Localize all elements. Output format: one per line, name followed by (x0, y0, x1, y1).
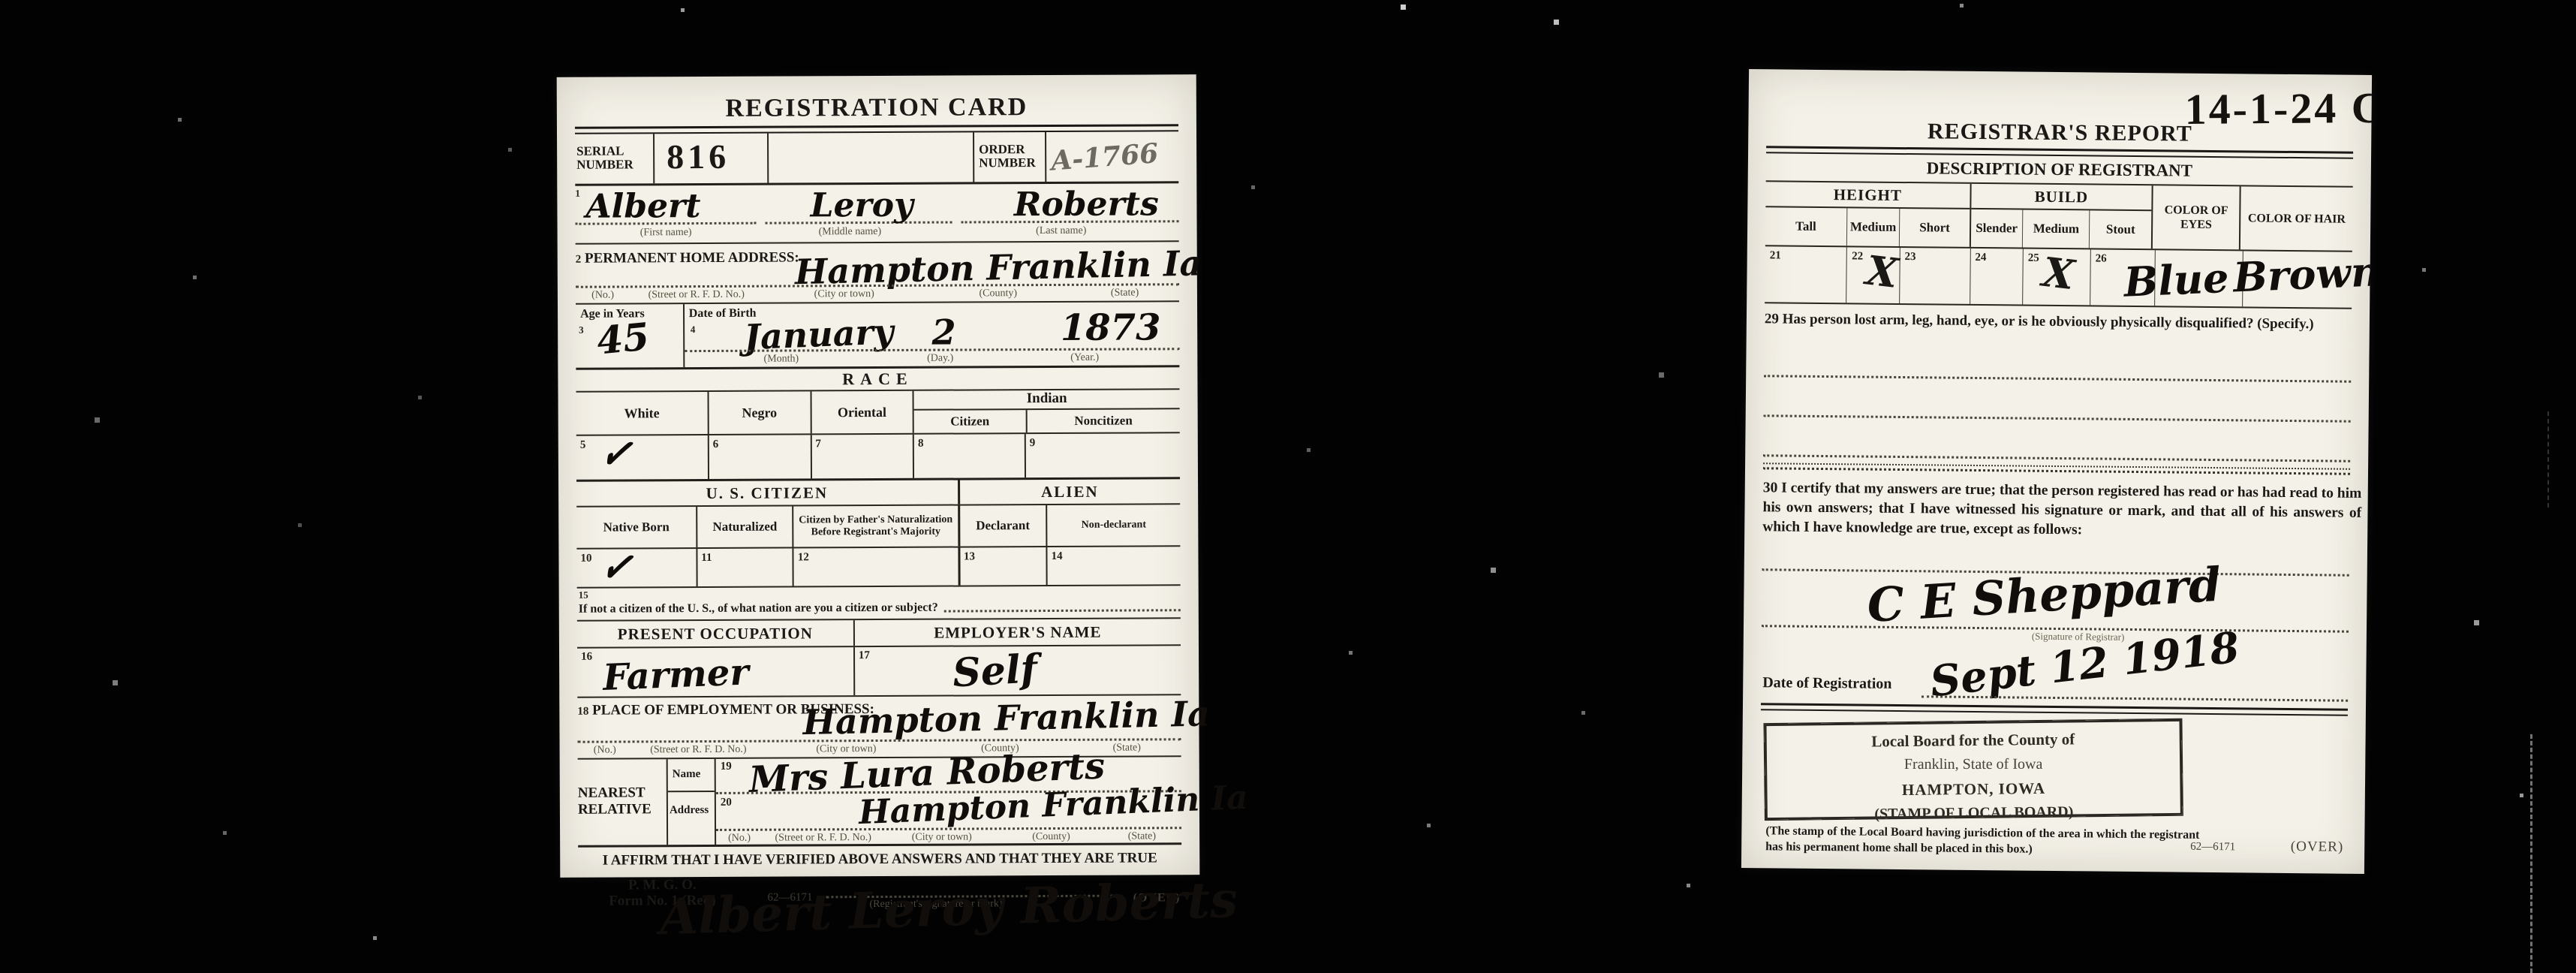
race-indian-citizen-label: Citizen (914, 410, 1028, 433)
build-medium-label: Medium (2023, 210, 2090, 249)
native-born-number: 10 (580, 553, 591, 565)
rel-sublabel-county: (County) (1000, 831, 1102, 844)
film-edge-marks (2530, 734, 2532, 973)
tall-number: 21 (1770, 249, 1781, 261)
local-board-stamp-box: Local Board for the County of Franklin, … (1764, 719, 2182, 820)
build-medium-xmark: X (2040, 248, 2077, 299)
first-name-sublabel: (First name) (576, 227, 757, 239)
serial-empty-box (769, 132, 974, 182)
relative-address-number: 20 (721, 797, 732, 809)
middle-name-value: Leroy (811, 186, 913, 225)
tall-label: Tall (1765, 207, 1847, 246)
race-indian-label: Indian (914, 390, 1180, 411)
age-cell: Age in Years 3 45 (576, 304, 685, 368)
middle-name-field: Leroy (765, 185, 952, 224)
back-over-label: (OVER) (2291, 839, 2344, 856)
line18-number: 18 (577, 706, 588, 718)
race-white-box: 5✓ (576, 435, 709, 480)
sublabel-state: (State) (1070, 287, 1179, 300)
race-indian-noncitizen-label: Noncitizen (1027, 409, 1179, 432)
short-number: 23 (1905, 251, 1916, 263)
occupation-header-row: PRESENT OCCUPATION EMPLOYER'S NAME (577, 619, 1181, 649)
stamp-line-1: Local Board for the County of (1767, 729, 2180, 752)
short-box: 23 (1900, 248, 1971, 304)
color-of-eyes-title: COLOR OF EYES (2153, 185, 2241, 249)
native-born-box: 10✓ (576, 549, 697, 587)
height-medium-box: 22X (1847, 247, 1900, 303)
race-negro-number: 6 (713, 438, 719, 450)
dob-sublabel-month: (Month) (763, 353, 799, 365)
first-name-value: Albert (585, 187, 700, 226)
stout-label: Stout (2090, 210, 2151, 249)
first-name-field: Albert (575, 185, 756, 225)
race-white-label: White (576, 392, 709, 435)
rel-sublabel-state: (State) (1103, 830, 1181, 842)
last-name-sublabel: (Last name) (943, 224, 1179, 237)
occupation-value: Farmer (602, 651, 750, 699)
slender-number: 24 (1975, 252, 1986, 264)
build-medium-number: 25 (2028, 252, 2039, 264)
slender-label: Slender (1971, 209, 2024, 248)
naturalized-number: 11 (701, 552, 712, 564)
stamp-instruction-note: (The stamp of the Local Board having jur… (1765, 823, 2213, 859)
age-number: 3 (579, 324, 584, 336)
sublabel-street: (Street or R. F. D. No.) (630, 289, 763, 302)
us-citizen-title: U. S. CITIZEN (576, 480, 960, 506)
date-of-registration-row: Date of Registration Sept 12 1918 (1761, 650, 2349, 709)
tall-box: 21 (1765, 246, 1847, 303)
last-name-field: Roberts (961, 183, 1179, 223)
name-row: 1 Albert Leroy Roberts (First name) (Mid… (575, 183, 1178, 245)
naturalized-label: Naturalized (697, 506, 794, 547)
nondeclarant-box: 14 (1048, 547, 1181, 585)
description-header-row: HEIGHT Tall Medium Short BUILD Slender M… (1765, 182, 2353, 251)
emp-sublabel-no: (No.) (578, 744, 632, 756)
film-edge-marks-2 (2547, 411, 2549, 508)
occupation-values-row: 16 Farmer 17 Self (577, 646, 1181, 698)
height-medium-xmark: X (1864, 246, 1901, 297)
nation-question-label: If not a citizen of the U. S., of what n… (579, 601, 938, 616)
alien-title: ALIEN (960, 479, 1181, 504)
file-stamp-code: 14-1-24 C (2184, 83, 2372, 134)
eyes-value: Blue (2123, 254, 2230, 306)
stamp-line-2: Franklin, State of Iowa (1767, 756, 2180, 773)
stout-number: 26 (2096, 252, 2107, 264)
race-oriental-box: 7 (811, 435, 914, 479)
microfilm-scan: REGISTRATION CARD SERIAL NUMBER 816 ORDE… (0, 0, 2576, 973)
nearest-relative-row: NEAREST RELATIVE Name Address 19 Mrs Lur… (578, 757, 1182, 848)
order-number-value: A-1766 (1045, 127, 1180, 186)
slender-box: 24 (1970, 249, 2024, 305)
citizen-by-father-number: 12 (798, 551, 809, 563)
date-of-registration-label: Date of Registration (1762, 674, 1891, 693)
race-title: RACE (576, 367, 1179, 393)
employer-cell: 17 Self (855, 646, 1181, 695)
citizen-by-father-label: Citizen by Father's Naturalization Befor… (794, 506, 960, 547)
race-negro-box: 6 (709, 435, 812, 479)
sublabel-city: (City or town) (763, 288, 925, 301)
naturalized-box: 11 (697, 548, 794, 586)
race-negro-label: Negro (709, 391, 811, 434)
serial-number-label: SERIAL NUMBER (575, 134, 655, 183)
race-numbers-row: 5✓ 6 7 8 9 (576, 433, 1180, 482)
question-30: 30 I certify that my answers are true; t… (1762, 478, 2361, 543)
nearest-relative-label: NEAREST RELATIVE (578, 759, 667, 845)
dob-sublabel-year: (Year.) (1070, 352, 1099, 364)
rel-sublabel-no: (No.) (716, 833, 763, 845)
build-title: BUILD (1971, 184, 2152, 211)
home-address-label: 2 PERMANENT HOME ADDRESS: (576, 249, 799, 267)
nation-question-line (944, 609, 1181, 612)
relative-values: 19 Mrs Lura Roberts 20 Hampton Franklin … (716, 757, 1181, 845)
relative-address-label: Address (668, 792, 715, 845)
order-number-label: ORDER NUMBER (974, 132, 1046, 182)
race-noncitizen-number: 9 (1030, 437, 1036, 449)
film-specks (0, 0, 2, 2)
rel-sublabel-street: (Street or R. F. D. No.) (763, 832, 883, 845)
declarant-box: 13 (960, 547, 1048, 586)
color-of-hair-title: COLOR OF HAIR (2240, 186, 2352, 250)
sublabel-county: (County) (925, 288, 1070, 300)
description-numbers-row: 21 22X 23 24 25X 26 BlueBrown (1765, 245, 2352, 309)
line15-number: 15 (579, 589, 588, 601)
short-label: Short (1900, 209, 1970, 247)
registrant-signature-value: Albert Leroy Roberts (659, 870, 1239, 946)
race-noncitizen-box: 9 (1026, 433, 1180, 477)
build-group: BUILD Slender Medium Stout (1971, 184, 2153, 249)
citizenship-labels-row: Native Born Naturalized Citizen by Fathe… (576, 505, 1180, 550)
occupation-number: 16 (581, 651, 592, 664)
nondeclarant-number: 14 (1052, 550, 1063, 562)
hair-value: Brown (2232, 247, 2372, 301)
blank-line-2 (1764, 377, 2351, 423)
nondeclarant-label: Non-declarant (1047, 505, 1180, 546)
home-address-label-text: PERMANENT HOME ADDRESS: (585, 249, 799, 266)
line2-number: 2 (576, 254, 582, 266)
rel-sublabel-city: (City or town) (883, 831, 1000, 844)
height-medium-number: 22 (1852, 250, 1863, 262)
serial-order-row: SERIAL NUMBER 816 ORDER NUMBER A-1766 (575, 131, 1178, 186)
race-header-row: White Negro Oriental Indian Citizen Nonc… (576, 390, 1180, 436)
affirmation-statement: I AFFIRM THAT I HAVE VERIFIED ABOVE ANSW… (578, 845, 1181, 875)
employment-place-value: Hampton Franklin Ia (802, 693, 1210, 743)
citizenship-titles-row: U. S. CITIZEN ALIEN (576, 479, 1180, 508)
age-dob-row: Age in Years 3 45 Date of Birth 4 Januar… (576, 302, 1179, 370)
height-group: HEIGHT Tall Medium Short (1765, 182, 1971, 247)
age-value: 45 (595, 314, 652, 363)
dob-day-value: 2 (931, 312, 955, 353)
registrars-report-card: 14-1-24 C REGISTRAR'S REPORT DESCRIPTION… (1741, 69, 2372, 874)
native-born-label: Native Born (576, 507, 697, 548)
race-citizen-number: 8 (918, 438, 924, 450)
back-print-code: 62—6171 (2190, 841, 2235, 854)
emp-sublabel-street: (Street or R. F. D. No.) (632, 744, 765, 757)
serial-number-value: 816 (655, 134, 769, 184)
dob-year-value: 1873 (1061, 306, 1161, 349)
dob-cell: Date of Birth 4 January 2 1873 (Month) (… (685, 302, 1180, 367)
race-citizen-box: 8 (914, 434, 1026, 478)
race-white-number: 5 (580, 439, 586, 451)
dob-number: 4 (691, 324, 696, 336)
employer-number: 17 (859, 649, 870, 662)
declarant-number: 13 (964, 550, 975, 562)
blank-line-1 (1764, 328, 2352, 383)
dob-sublabel-day: (Day.) (927, 353, 953, 365)
stamp-line-3: HAMPTON, IOWA (1767, 778, 2180, 801)
section-dotted-rule (1763, 462, 2350, 475)
middle-name-sublabel: (Middle name) (757, 226, 943, 239)
race-oriental-label: Oriental (811, 391, 914, 434)
occupation-cell: 16 Farmer (577, 647, 855, 697)
citizen-by-father-box: 12 (794, 548, 960, 586)
card-title: REGISTRATION CARD (575, 74, 1178, 127)
local-board-stamp-area: Local Board for the County of Franklin, … (1759, 710, 2348, 863)
relative-field-labels: Name Address (667, 759, 716, 845)
build-medium-box: 25X (2023, 249, 2091, 306)
citizenship-numbers-row: 10✓ 11 12 13 14 (576, 547, 1180, 589)
sublabel-no: (No.) (576, 289, 630, 301)
registration-card-front: REGISTRATION CARD SERIAL NUMBER 816 ORDE… (557, 74, 1200, 878)
employer-header: EMPLOYER'S NAME (855, 619, 1181, 646)
relative-name-label: Name (668, 759, 715, 792)
height-title: HEIGHT (1765, 182, 1970, 209)
declarant-label: Declarant (960, 505, 1048, 547)
occupation-header: PRESENT OCCUPATION (577, 620, 855, 647)
nation-question-row: 15 If not a citizen of the U. S., of wha… (577, 586, 1181, 622)
stamp-line-4: (STAMP OF LOCAL BOARD) (1768, 803, 2180, 824)
relative-name-number: 19 (721, 761, 732, 773)
race-indian-group: Indian Citizen Noncitizen (914, 390, 1180, 433)
race-oriental-number: 7 (815, 438, 821, 450)
blank-line-3 (1763, 417, 2350, 462)
front-footer: P. M. G. O. Form No. 1 (Red) 62—6171 (Re… (578, 872, 1181, 920)
home-address-row: 2 PERMANENT HOME ADDRESS: Hampton Frankl… (576, 242, 1179, 305)
last-name-value: Roberts (1014, 185, 1159, 224)
height-medium-label: Medium (1847, 208, 1900, 246)
employer-value: Self (951, 646, 1038, 696)
